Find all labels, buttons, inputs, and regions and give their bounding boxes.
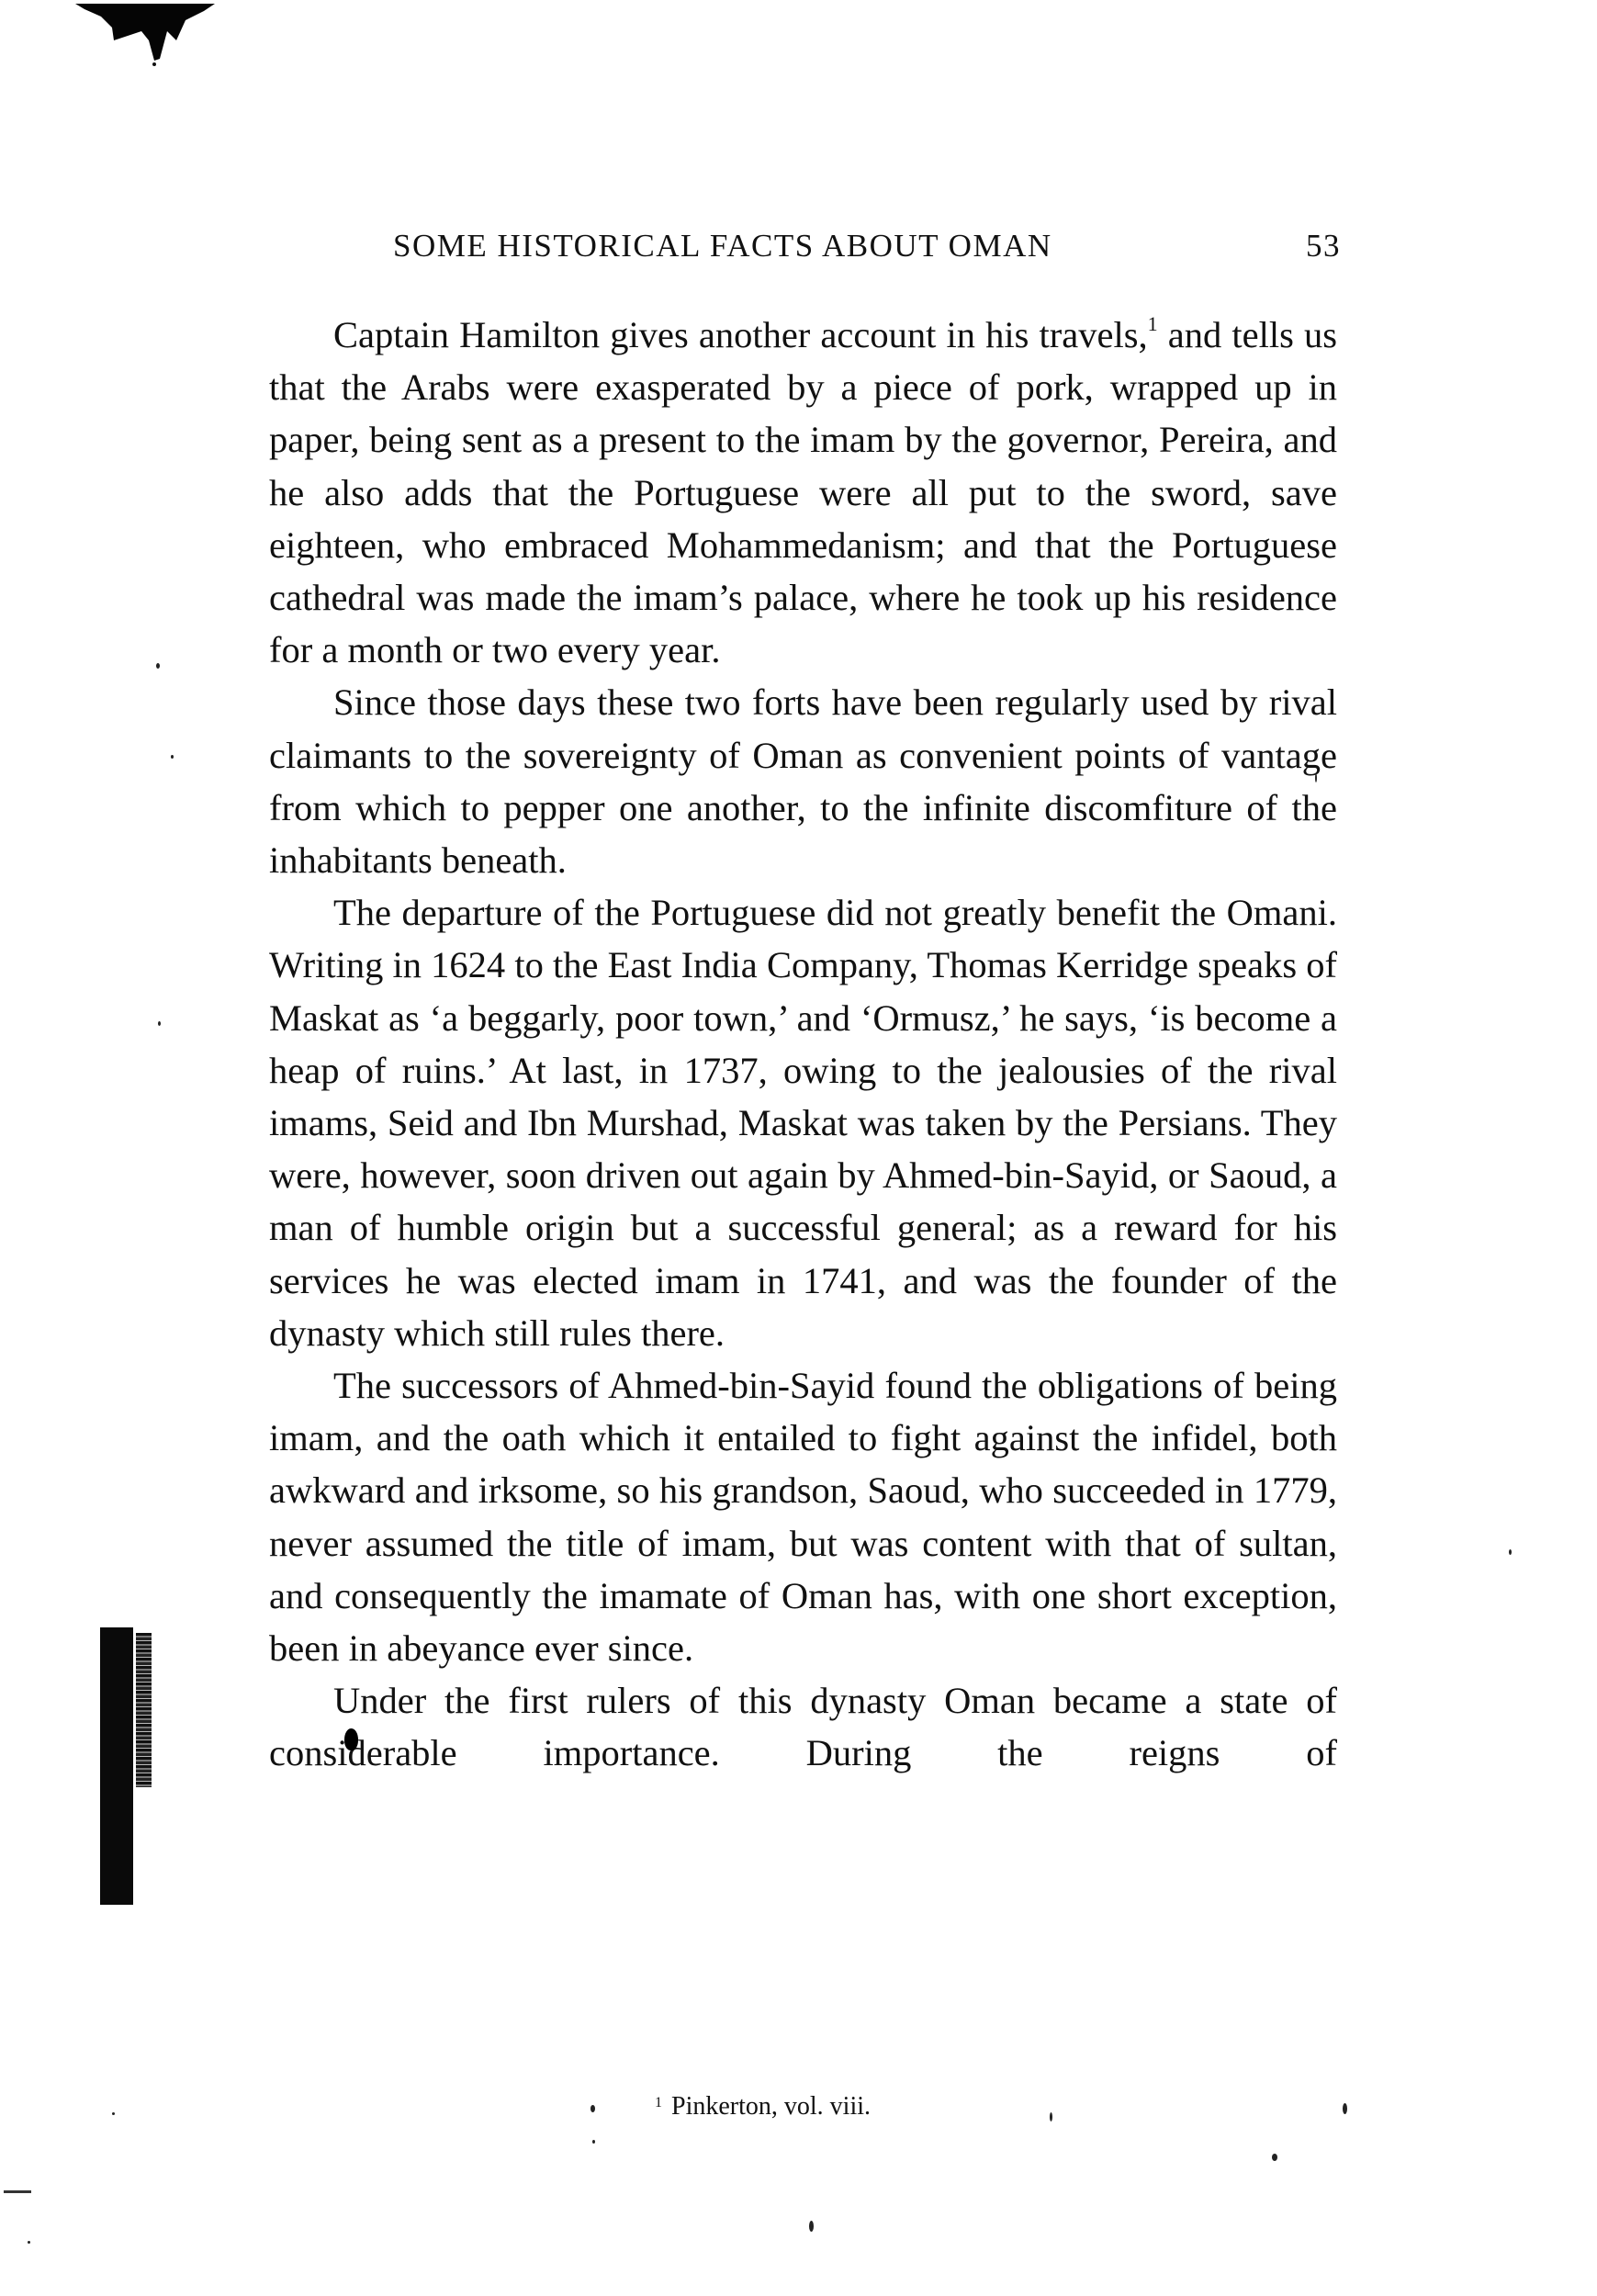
scan-speck <box>1272 2154 1277 2161</box>
scan-speck <box>112 2112 115 2115</box>
scan-speck <box>1509 1549 1512 1555</box>
paragraph-3: The departure of the Portuguese did not … <box>269 886 1337 1359</box>
footnote-reference: 1 <box>1148 312 1158 335</box>
scan-speck <box>1343 2103 1347 2114</box>
body-text: Captain Hamilton gives another account i… <box>269 309 1337 1780</box>
ink-spot <box>344 1728 358 1750</box>
running-head-title: SOME HISTORICAL FACTS ABOUT OMAN <box>393 228 1052 264</box>
scan-artifact-speckle-strip <box>136 1633 152 1787</box>
scan-speck <box>171 755 174 759</box>
scan-speck <box>809 2221 814 2232</box>
paragraph-5: Under the first rulers of this dynasty O… <box>269 1674 1337 1779</box>
page-number: 53 <box>1306 228 1341 264</box>
paragraph-2: Since those days these two forts have be… <box>269 676 1337 886</box>
scan-speck <box>1315 773 1317 782</box>
running-head: SOME HISTORICAL FACTS ABOUT OMAN 53 <box>393 228 1341 272</box>
scan-artifact-edge-mark <box>4 2190 31 2193</box>
scan-speck <box>158 1021 161 1026</box>
paragraph-4: The successors of Ahmed-bin-Sayid found … <box>269 1359 1337 1674</box>
ink-blot-top-left <box>75 4 215 66</box>
paragraph-1: Captain Hamilton gives another account i… <box>269 309 1337 676</box>
scan-speck <box>156 663 160 669</box>
scan-speck <box>590 2105 595 2112</box>
footnote-marker: 1 <box>655 2095 662 2110</box>
scan-speck <box>28 2241 30 2244</box>
scanned-book-page: SOME HISTORICAL FACTS ABOUT OMAN 53 Capt… <box>0 0 1597 2296</box>
footnote-text: Pinkerton, vol. viii. <box>671 2092 871 2121</box>
scan-speck <box>1050 2112 1052 2122</box>
scan-speck <box>592 2140 595 2144</box>
footnote: 1Pinkerton, vol. viii. <box>655 2092 871 2122</box>
scan-artifact-margin-bar <box>100 1627 133 1905</box>
